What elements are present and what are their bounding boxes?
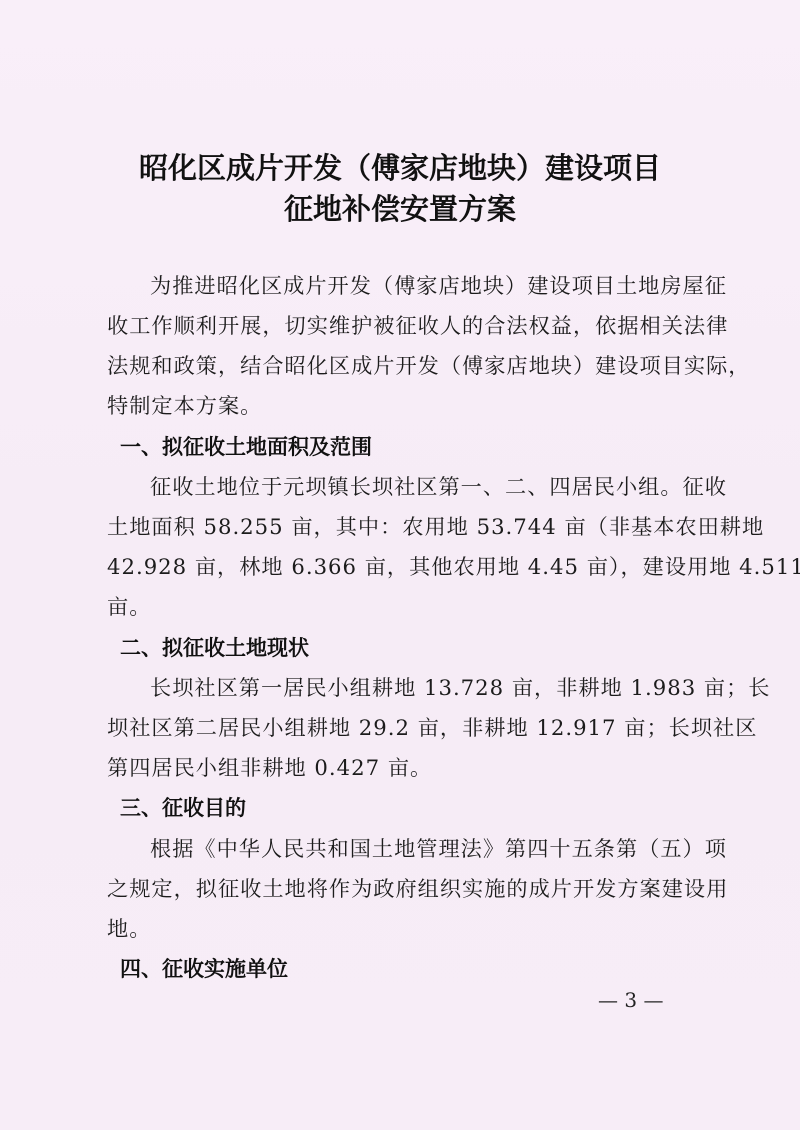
- intro-line-4: 特制定本方案。: [107, 390, 707, 420]
- section-heading-4: 四、征收实施单位: [120, 953, 288, 983]
- section-1-line-3: 42.928 亩，林地 6.366 亩，其他农用地 4.45 亩），建设用地 4…: [107, 551, 707, 581]
- section-3-line-3: 地。: [107, 913, 707, 943]
- document-title-line-1: 昭化区成片开发（傅家店地块）建设项目: [0, 146, 800, 187]
- page-number: — 3 —: [598, 988, 663, 1012]
- section-heading-3: 三、征收目的: [120, 792, 246, 822]
- intro-line-2: 收工作顺利开展，切实维护被征收人的合法权益，依据相关法律: [107, 310, 707, 340]
- section-1-line-2: 土地面积 58.255 亩，其中：农用地 53.744 亩（非基本农田耕地: [107, 511, 707, 541]
- intro-line-1: 为推进昭化区成片开发（傅家店地块）建设项目土地房屋征: [150, 270, 707, 300]
- document-page: 昭化区成片开发（傅家店地块）建设项目 征地补偿安置方案 为推进昭化区成片开发（傅…: [0, 0, 800, 1130]
- section-2-line-1: 长坝社区第一居民小组耕地 13.728 亩，非耕地 1.983 亩；长: [150, 672, 707, 702]
- section-2-line-2: 坝社区第二居民小组耕地 29.2 亩，非耕地 12.917 亩；长坝社区: [107, 712, 707, 742]
- section-3-line-1: 根据《中华人民共和国土地管理法》第四十五条第（五）项: [150, 833, 707, 863]
- section-1-line-4: 亩。: [107, 591, 707, 621]
- section-1-line-1: 征收土地位于元坝镇长坝社区第一、二、四居民小组。征收: [150, 471, 707, 501]
- intro-line-3: 法规和政策，结合昭化区成片开发（傅家店地块）建设项目实际，: [107, 350, 707, 380]
- section-heading-1: 一、拟征收土地面积及范围: [120, 431, 372, 461]
- section-heading-2: 二、拟征收土地现状: [120, 632, 309, 662]
- section-2-line-3: 第四居民小组非耕地 0.427 亩。: [107, 752, 707, 782]
- section-3-line-2: 之规定，拟征收土地将作为政府组织实施的成片开发方案建设用: [107, 873, 707, 903]
- document-title-line-2: 征地补偿安置方案: [0, 187, 800, 228]
